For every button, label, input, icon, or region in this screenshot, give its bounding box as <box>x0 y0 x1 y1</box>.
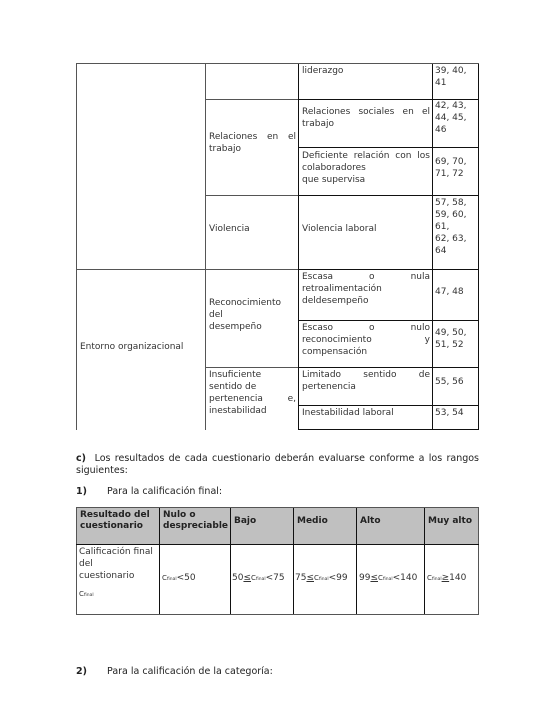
ranges-table: Resultado del cuestionario Nulo o despre… <box>76 507 479 615</box>
range-medio: 75≤Cfinal<99 <box>295 572 348 586</box>
items-line: 69, 70, <box>435 156 477 168</box>
paragraph-c: c) Los resultados de cada cuestionario d… <box>76 453 479 477</box>
items-cell: 42, 43, 44, 45, 46 <box>435 100 477 136</box>
item-1: 1) Para la calificación final: <box>76 486 222 498</box>
items-line: 59, 60, <box>435 209 477 221</box>
items-line: 39, 40, <box>435 65 477 77</box>
dimension-cell: Violencia laboral <box>302 223 430 235</box>
dimension-cell: Limitado sentido depertenencia <box>302 369 430 393</box>
items-line: 51, 52 <box>435 339 477 351</box>
paragraph-label: c) <box>76 453 86 464</box>
dimension-cell: Inestabilidad laboral <box>302 407 430 419</box>
items-cell: 47, 48 <box>435 286 477 298</box>
range-nulo: Cfinal<50 <box>162 572 196 586</box>
items-line: 49, 50, <box>435 327 477 339</box>
item-number: 1) <box>76 486 87 497</box>
items-line: 47, 48 <box>435 286 477 298</box>
header-bajo: Bajo <box>234 516 256 527</box>
item-text: Para la calificación final: <box>107 486 222 497</box>
items-line: 57, 58, <box>435 197 477 209</box>
header-resultado: Resultado del cuestionario <box>80 510 158 532</box>
items-line: 53, 54 <box>435 407 477 419</box>
category-cell-reconocimiento: Reconocimientodeldesempeño <box>209 297 296 333</box>
dimension-cell: Escasa o nularetroalimentacióndeldesempe… <box>302 271 430 307</box>
category-cell-insuficiente: Insuficientesentido depertenencia e,ines… <box>209 369 296 417</box>
items-line: 61, <box>435 221 477 233</box>
header-alto: Alto <box>360 516 381 527</box>
row-label-calificacion: Calificación final del cuestionario Cfin… <box>79 546 158 602</box>
paragraph-text-continued: siguientes: <box>76 465 479 477</box>
range-bajo: 50≤Cfinal<75 <box>232 572 285 586</box>
items-line: 55, 56 <box>435 376 477 388</box>
dimension-cell: Relaciones sociales en eltrabajo <box>302 106 430 130</box>
dimension-cell: Escaso o nuloreconocimiento ycompensació… <box>302 322 430 358</box>
items-line: 64 <box>435 245 477 257</box>
items-cell: 53, 54 <box>435 407 477 419</box>
range-muy-alto: Cfinal≥140 <box>427 572 466 586</box>
header-medio: Medio <box>297 516 328 527</box>
items-cell: 69, 70, 71, 72 <box>435 156 477 180</box>
item-text: Para la calificación de la categoría: <box>107 666 273 677</box>
items-line: 42, 43, <box>435 100 477 112</box>
paragraph-text: Los resultados de cada cuestionario debe… <box>95 453 479 464</box>
item-2: 2) Para la calificación de la categoría: <box>76 666 273 678</box>
items-line: 41 <box>435 77 477 89</box>
items-cell: 57, 58, 59, 60, 61, 62, 63, 64 <box>435 197 477 257</box>
category-cell-violencia: Violencia <box>209 223 296 235</box>
range-alto: 99≤Cfinal<140 <box>359 572 417 586</box>
header-muy-alto: Muy alto <box>428 516 472 527</box>
dimension-cell: liderazgo <box>302 65 430 77</box>
items-line: 62, 63, <box>435 233 477 245</box>
items-line: 44, 45, <box>435 112 477 124</box>
header-nulo: Nulo o despreciable <box>163 510 231 532</box>
items-cell: 49, 50, 51, 52 <box>435 327 477 351</box>
items-cell: 55, 56 <box>435 376 477 388</box>
items-line: 46 <box>435 124 477 136</box>
item-number: 2) <box>76 666 87 677</box>
items-cell: 39, 40, 41 <box>435 65 477 89</box>
items-line: 71, 72 <box>435 168 477 180</box>
dimension-cell: Deficiente relación con loscolaboradores… <box>302 150 430 186</box>
category-cell-relaciones: Relaciones en eltrabajo <box>209 131 296 155</box>
domain-cell-entorno: Entorno organizacional <box>80 341 202 353</box>
